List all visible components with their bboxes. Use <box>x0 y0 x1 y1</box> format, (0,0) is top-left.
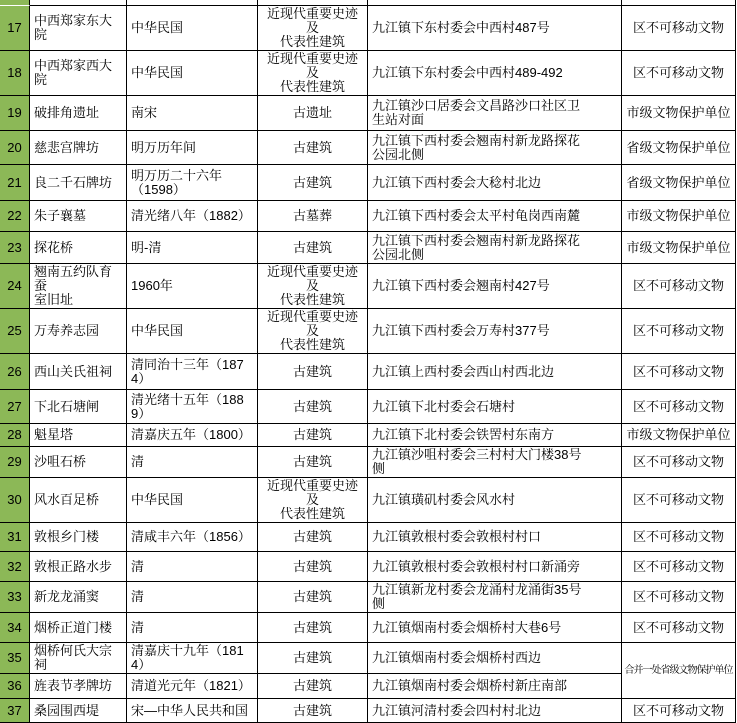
row-number-cell: 29 <box>0 447 30 478</box>
era-cell: 清道光元年（1821） <box>127 674 258 699</box>
era-cell: 中华民国 <box>127 309 258 354</box>
row-number-cell: 22 <box>0 201 30 232</box>
era-cell: 1960年 <box>127 264 258 309</box>
row-number-cell: 34 <box>0 613 30 643</box>
protection-cell: 区不可移动文物 <box>622 699 736 723</box>
table-row: 18中西郑家西大院中华民国近现代重要史迹及 代表性建筑九江镇下东村委会中西村48… <box>0 51 736 96</box>
address-cell: 九江镇沙咀村委会三村村大门楼38号 侧 <box>368 447 622 478</box>
address-cell: 九江镇上西村委会西山村西北边 <box>368 354 622 390</box>
protection-cell: 区不可移动文物 <box>622 613 736 643</box>
row-number-cell: 17 <box>0 6 30 51</box>
name-cell: 烟桥正道门楼 <box>30 613 127 643</box>
address-cell: 九江镇下西村委会翘南村新龙路探花 公园北侧 <box>368 131 622 165</box>
address-cell: 九江镇下东村委会中西村489-492 <box>368 51 622 96</box>
name-cell: 万寿养志园 <box>30 309 127 354</box>
address-cell: 九江镇烟南村委会烟桥村大巷6号 <box>368 613 622 643</box>
address-cell: 九江镇下北村委会石塘村 <box>368 390 622 424</box>
type-cell: 古建筑 <box>258 582 368 613</box>
era-cell: 清 <box>127 552 258 582</box>
row-number-cell: 35 <box>0 643 30 674</box>
table-row: 28魁星塔清嘉庆五年（1800）古建筑九江镇下北村委会铁罟村东南方市级文物保护单… <box>0 424 736 447</box>
era-cell: 清嘉庆五年（1800） <box>127 424 258 447</box>
protection-cell: 市级文物保护单位 <box>622 201 736 232</box>
protection-cell: 市级文物保护单位 <box>622 96 736 131</box>
era-cell: 清咸丰六年（1856） <box>127 523 258 552</box>
table-row: 20慈悲宫牌坊明万历年间古建筑九江镇下西村委会翘南村新龙路探花 公园北侧省级文物… <box>0 131 736 165</box>
type-cell: 古建筑 <box>258 447 368 478</box>
row-number-cell: 26 <box>0 354 30 390</box>
type-cell: 近现代重要史迹及 代表性建筑 <box>258 51 368 96</box>
row-number-cell: 24 <box>0 264 30 309</box>
name-cell: 风水百足桥 <box>30 478 127 523</box>
type-cell: 古建筑 <box>258 523 368 552</box>
era-cell: 中华民国 <box>127 51 258 96</box>
type-cell: 古建筑 <box>258 424 368 447</box>
table-row: 27下北石塘闸清光绪十五年（1889）古建筑九江镇下北村委会石塘村区不可移动文物 <box>0 390 736 424</box>
protection-cell: 区不可移动文物 <box>622 478 736 523</box>
era-cell: 清 <box>127 613 258 643</box>
name-cell: 敦根正路水步 <box>30 552 127 582</box>
table-row: 34烟桥正道门楼清古建筑九江镇烟南村委会烟桥村大巷6号区不可移动文物 <box>0 613 736 643</box>
protection-cell: 合并一处省级文物保护单位 <box>622 643 736 699</box>
row-number-cell: 36 <box>0 674 30 699</box>
type-cell: 古建筑 <box>258 390 368 424</box>
protection-cell: 区不可移动文物 <box>622 51 736 96</box>
era-cell: 清 <box>127 447 258 478</box>
name-cell: 朱子襄墓 <box>30 201 127 232</box>
era-cell: 清同治十三年（1874） <box>127 354 258 390</box>
protection-cell: 区不可移动文物 <box>622 6 736 51</box>
row-number-cell: 23 <box>0 232 30 264</box>
name-cell: 中西郑家西大院 <box>30 51 127 96</box>
name-cell: 新龙龙涌窦 <box>30 582 127 613</box>
table-row: 23探花桥明-清古建筑九江镇下西村委会翘南村新龙路探花 公园北侧市级文物保护单位 <box>0 232 736 264</box>
type-cell: 古建筑 <box>258 354 368 390</box>
type-cell: 古遗址 <box>258 96 368 131</box>
name-cell: 慈悲宫牌坊 <box>30 131 127 165</box>
row-number-cell: 32 <box>0 552 30 582</box>
row-number-cell: 19 <box>0 96 30 131</box>
protection-cell: 省级文物保护单位 <box>622 131 736 165</box>
name-cell: 桑园围西堤 <box>30 699 127 723</box>
type-cell: 古建筑 <box>258 131 368 165</box>
address-cell: 九江镇下西村委会万寿村377号 <box>368 309 622 354</box>
address-cell: 九江镇敦根村委会敦根村村口 <box>368 523 622 552</box>
type-cell: 近现代重要史迹及 代表性建筑 <box>258 264 368 309</box>
protection-cell: 省级文物保护单位 <box>622 165 736 201</box>
row-number-cell: 25 <box>0 309 30 354</box>
name-cell: 旌表节孝牌坊 <box>30 674 127 699</box>
table-row: 32敦根正路水步清古建筑九江镇敦根村委会敦根村村口新涌旁区不可移动文物 <box>0 552 736 582</box>
heritage-table-body: 17中西郑家东大院中华民国近现代重要史迹及 代表性建筑九江镇下东村委会中西村48… <box>0 0 736 723</box>
table-row: 26西山关氏祖祠清同治十三年（1874）古建筑九江镇上西村委会西山村西北边区不可… <box>0 354 736 390</box>
row-number-cell: 20 <box>0 131 30 165</box>
era-cell: 清 <box>127 582 258 613</box>
type-cell: 古建筑 <box>258 165 368 201</box>
row-number-cell: 33 <box>0 582 30 613</box>
type-cell: 古建筑 <box>258 643 368 674</box>
protection-cell: 区不可移动文物 <box>622 523 736 552</box>
type-cell: 古建筑 <box>258 552 368 582</box>
table-row: 21良二千石牌坊明万历二十六年 （1598）古建筑九江镇下西村委会大稔村北边省级… <box>0 165 736 201</box>
address-cell: 九江镇新龙村委会龙涌村龙涌街35号 侧 <box>368 582 622 613</box>
row-number-cell: 21 <box>0 165 30 201</box>
era-cell: 中华民国 <box>127 478 258 523</box>
address-cell: 九江镇璜矶村委会风水村 <box>368 478 622 523</box>
protection-cell: 区不可移动文物 <box>622 447 736 478</box>
protection-cell: 市级文物保护单位 <box>622 424 736 447</box>
row-number-cell: 30 <box>0 478 30 523</box>
protection-cell: 市级文物保护单位 <box>622 232 736 264</box>
address-cell: 九江镇下西村委会翘南村新龙路探花 公园北侧 <box>368 232 622 264</box>
row-number-cell: 37 <box>0 699 30 723</box>
table-row: 22朱子襄墓清光绪八年（1882）古墓葬九江镇下西村委会太平村龟岗西南麓市级文物… <box>0 201 736 232</box>
name-cell: 下北石塘闸 <box>30 390 127 424</box>
table-row: 35烟桥何氏大宗祠清嘉庆十九年（1814）古建筑九江镇烟南村委会烟桥村西边合并一… <box>0 643 736 674</box>
name-cell: 烟桥何氏大宗祠 <box>30 643 127 674</box>
protection-cell: 区不可移动文物 <box>622 582 736 613</box>
era-cell: 清光绪八年（1882） <box>127 201 258 232</box>
address-cell: 九江镇烟南村委会烟桥村新庄南部 <box>368 674 622 699</box>
table-row: 25万寿养志园中华民国近现代重要史迹及 代表性建筑九江镇下西村委会万寿村377号… <box>0 309 736 354</box>
row-number-cell: 28 <box>0 424 30 447</box>
protection-cell: 区不可移动文物 <box>622 354 736 390</box>
address-cell: 九江镇河清村委会四村村北边 <box>368 699 622 723</box>
row-number-cell: 27 <box>0 390 30 424</box>
table-row: 31敦根乡门楼清咸丰六年（1856）古建筑九江镇敦根村委会敦根村村口区不可移动文… <box>0 523 736 552</box>
address-cell: 九江镇下东村委会中西村487号 <box>368 6 622 51</box>
type-cell: 古墓葬 <box>258 201 368 232</box>
era-cell: 明万历年间 <box>127 131 258 165</box>
address-cell: 九江镇沙口居委会文昌路沙口社区卫 生站对面 <box>368 96 622 131</box>
era-cell: 明万历二十六年 （1598） <box>127 165 258 201</box>
heritage-table: 17中西郑家东大院中华民国近现代重要史迹及 代表性建筑九江镇下东村委会中西村48… <box>0 0 736 723</box>
type-cell: 近现代重要史迹及 代表性建筑 <box>258 309 368 354</box>
address-cell: 九江镇下西村委会太平村龟岗西南麓 <box>368 201 622 232</box>
name-cell: 西山关氏祖祠 <box>30 354 127 390</box>
era-cell: 清光绪十五年（1889） <box>127 390 258 424</box>
name-cell: 敦根乡门楼 <box>30 523 127 552</box>
address-cell: 九江镇下北村委会铁罟村东南方 <box>368 424 622 447</box>
name-cell: 翘南五约队育蚕 室旧址 <box>30 264 127 309</box>
type-cell: 古建筑 <box>258 613 368 643</box>
name-cell: 良二千石牌坊 <box>30 165 127 201</box>
address-cell: 九江镇下西村委会翘南村427号 <box>368 264 622 309</box>
protection-cell: 区不可移动文物 <box>622 309 736 354</box>
address-cell: 九江镇敦根村委会敦根村村口新涌旁 <box>368 552 622 582</box>
table-row: 30风水百足桥中华民国近现代重要史迹及 代表性建筑九江镇璜矶村委会风水村区不可移… <box>0 478 736 523</box>
era-cell: 南宋 <box>127 96 258 131</box>
type-cell: 近现代重要史迹及 代表性建筑 <box>258 478 368 523</box>
era-cell: 明-清 <box>127 232 258 264</box>
table-row: 37桑园围西堤宋—中华人民共和国古建筑九江镇河清村委会四村村北边区不可移动文物 <box>0 699 736 723</box>
type-cell: 古建筑 <box>258 674 368 699</box>
table-row: 33新龙龙涌窦清古建筑九江镇新龙村委会龙涌村龙涌街35号 侧区不可移动文物 <box>0 582 736 613</box>
table-row: 17中西郑家东大院中华民国近现代重要史迹及 代表性建筑九江镇下东村委会中西村48… <box>0 6 736 51</box>
address-cell: 九江镇下西村委会大稔村北边 <box>368 165 622 201</box>
type-cell: 古建筑 <box>258 699 368 723</box>
table-row: 19破排角遗址南宋古遗址九江镇沙口居委会文昌路沙口社区卫 生站对面市级文物保护单… <box>0 96 736 131</box>
type-cell: 近现代重要史迹及 代表性建筑 <box>258 6 368 51</box>
protection-cell: 区不可移动文物 <box>622 552 736 582</box>
name-cell: 破排角遗址 <box>30 96 127 131</box>
address-cell: 九江镇烟南村委会烟桥村西边 <box>368 643 622 674</box>
name-cell: 沙咀石桥 <box>30 447 127 478</box>
name-cell: 魁星塔 <box>30 424 127 447</box>
era-cell: 宋—中华人民共和国 <box>127 699 258 723</box>
table-row: 24翘南五约队育蚕 室旧址1960年近现代重要史迹及 代表性建筑九江镇下西村委会… <box>0 264 736 309</box>
table-row: 29沙咀石桥清古建筑九江镇沙咀村委会三村村大门楼38号 侧区不可移动文物 <box>0 447 736 478</box>
era-cell: 中华民国 <box>127 6 258 51</box>
era-cell: 清嘉庆十九年（1814） <box>127 643 258 674</box>
protection-cell: 区不可移动文物 <box>622 264 736 309</box>
name-cell: 探花桥 <box>30 232 127 264</box>
type-cell: 古建筑 <box>258 232 368 264</box>
name-cell: 中西郑家东大院 <box>30 6 127 51</box>
row-number-cell: 31 <box>0 523 30 552</box>
protection-cell: 区不可移动文物 <box>622 390 736 424</box>
row-number-cell: 18 <box>0 51 30 96</box>
